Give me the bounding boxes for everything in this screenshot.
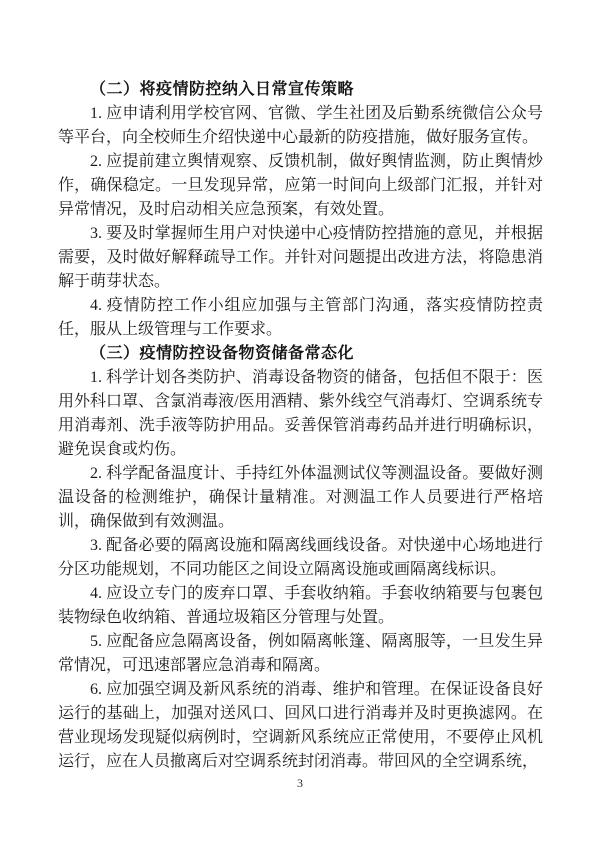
document-page: （二）将疫情防控纳入日常宣传策略 1. 应申请利用学校官网、官微、学生社团及后勤… <box>0 0 600 848</box>
paragraph: 2. 应提前建立舆情观察、反馈机制，做好舆情监测，防止舆情炒作，确保稳定。一旦发… <box>58 150 543 222</box>
paragraph: 3. 要及时掌握师生用户对快递中心疫情防控措施的意见，并根据需要，及时做好解释疏… <box>58 222 543 294</box>
page-number: 3 <box>0 775 600 791</box>
paragraph: 1. 科学计划各类防护、消毒设备物资的储备，包括但不限于：医用外科口罩、含氯消毒… <box>58 366 543 462</box>
section-heading-3: （三）疫情防控设备物资储备常态化 <box>58 342 543 366</box>
paragraph: 6. 应加强空调及新风系统的消毒、维护和管理。在保证设备良好运行的基础上，加强对… <box>58 678 543 774</box>
section-heading-2: （二）将疫情防控纳入日常宣传策略 <box>58 78 543 102</box>
paragraph: 3. 配备必要的隔离设施和隔离线画线设备。对快递中心场地进行分区功能规划，不同功… <box>58 534 543 582</box>
paragraph: 1. 应申请利用学校官网、官微、学生社团及后勤系统微信公众号等平台，向全校师生介… <box>58 102 543 150</box>
paragraph: 5. 应配备应急隔离设备，例如隔离帐篷、隔离服等，一旦发生异常情况，可迅速部署应… <box>58 630 543 678</box>
paragraph: 2. 科学配备温度计、手持红外体温测试仪等测温设备。要做好测温设备的检测维护，确… <box>58 462 543 534</box>
paragraph: 4. 应设立专门的废弃口罩、手套收纳箱。手套收纳箱要与包裹包装物绿色收纳箱、普通… <box>58 582 543 630</box>
paragraph: 4. 疫情防控工作小组应加强与主管部门沟通，落实疫情防控责任，服从上级管理与工作… <box>58 294 543 342</box>
page-content: （二）将疫情防控纳入日常宣传策略 1. 应申请利用学校官网、官微、学生社团及后勤… <box>58 78 543 774</box>
